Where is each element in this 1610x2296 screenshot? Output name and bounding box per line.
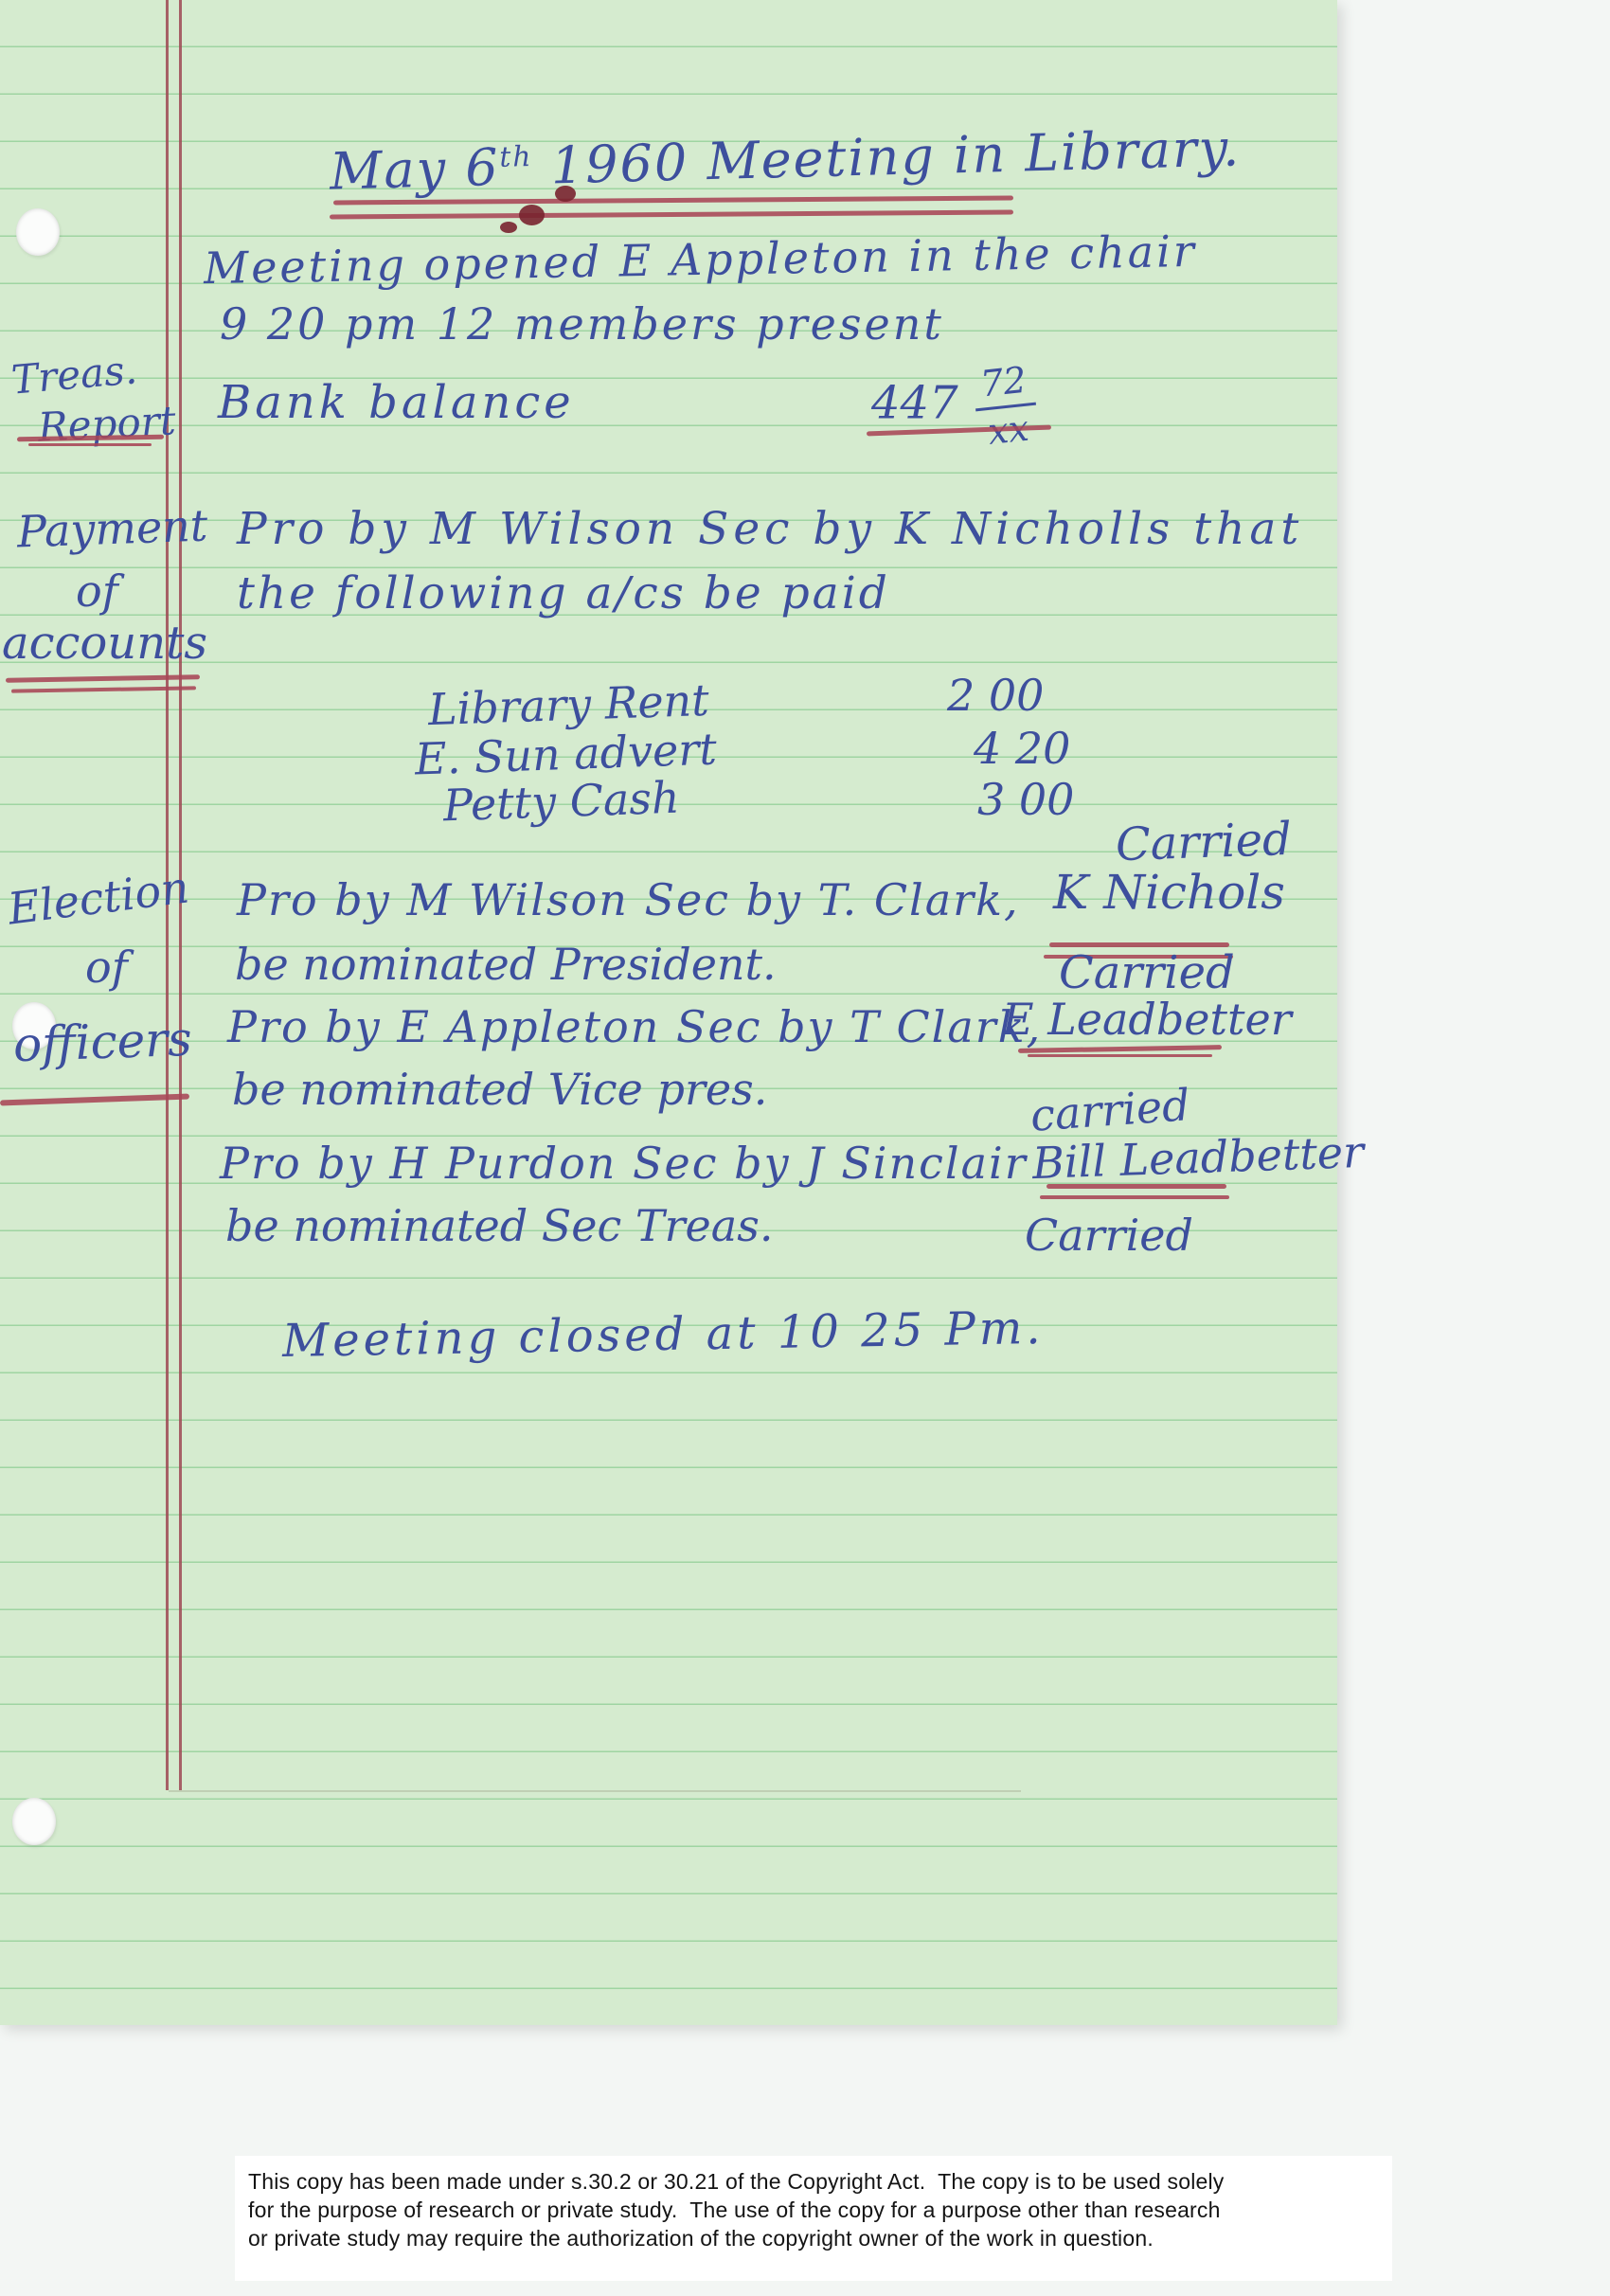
opening-line-2: 9 20 pm 12 members present xyxy=(220,299,944,350)
amount-whole: 447 xyxy=(871,377,958,430)
ink-blob xyxy=(500,222,517,233)
account-item-amount: 3 00 xyxy=(977,775,1074,825)
margin-note-elections-2: of xyxy=(85,942,128,993)
margin-note-elections-3: officers xyxy=(12,1013,193,1073)
election-result-3: Carried xyxy=(1025,1211,1193,1261)
copyright-line-3: or private study may require the authori… xyxy=(248,2226,1154,2251)
account-item-name: Petty Cash xyxy=(442,773,680,832)
ink-blob xyxy=(519,205,545,225)
title-ordinal: th xyxy=(499,140,533,174)
scanned-minutes-page: May 6th 1960 Meeting in Library. Meeting… xyxy=(0,0,1610,2296)
election-nominee-2: E Leadbetter xyxy=(1002,995,1292,1045)
election-motion-3: Pro by H Purdon Sec by J Sinclair xyxy=(220,1139,1028,1189)
nominee-3-underline-1 xyxy=(1046,1184,1226,1189)
punch-hole-top xyxy=(16,208,60,256)
nominee-3-underline-2 xyxy=(1040,1195,1229,1199)
nominee-2-underline-2 xyxy=(1028,1054,1212,1057)
bank-balance-label: Bank balance xyxy=(218,377,575,429)
election-nominee-1: K Nichols xyxy=(1053,866,1285,921)
election-motion-2: Pro by E Appleton Sec by T Clark, xyxy=(227,1002,1042,1052)
ink-blob xyxy=(555,186,576,202)
account-item-amount: 4 20 xyxy=(974,724,1070,774)
amount-fraction: 72xx xyxy=(971,359,1041,455)
treasurer-underline-2 xyxy=(28,443,152,446)
election-motion-1-cont: be nominated President. xyxy=(235,940,777,990)
title-date: May 6 xyxy=(329,137,500,202)
payments-motion-line-1: Pro by M Wilson Sec by K Nicholls that xyxy=(237,504,1303,555)
election-motion-2-cont: be nominated Vice pres. xyxy=(232,1065,767,1115)
margin-note-payments-3: accounts xyxy=(2,618,207,670)
margin-note-payments-2: of xyxy=(76,566,118,617)
margin-note-payments-1: Payment xyxy=(16,501,208,558)
election-motion-3-cont: be nominated Sec Treas. xyxy=(225,1201,773,1251)
election-motion-1: Pro by M Wilson Sec by T. Clark, xyxy=(237,875,1020,925)
amount-numerator: 72 xyxy=(971,359,1036,411)
payments-motion-line-2: the following a/cs be paid xyxy=(237,568,890,619)
payments-result: Carried xyxy=(1115,814,1293,872)
account-item-amount: 2 00 xyxy=(947,671,1044,721)
bank-balance-amount: 44772xx xyxy=(871,362,1036,451)
election-result-1: Carried xyxy=(1059,947,1235,999)
copyright-line-2: for the purpose of research or private s… xyxy=(248,2197,1221,2223)
punch-hole-bottom xyxy=(12,1798,56,1845)
paper-crease xyxy=(169,1790,1021,1792)
copyright-line-1: This copy has been made under s.30.2 or … xyxy=(248,2169,1225,2195)
